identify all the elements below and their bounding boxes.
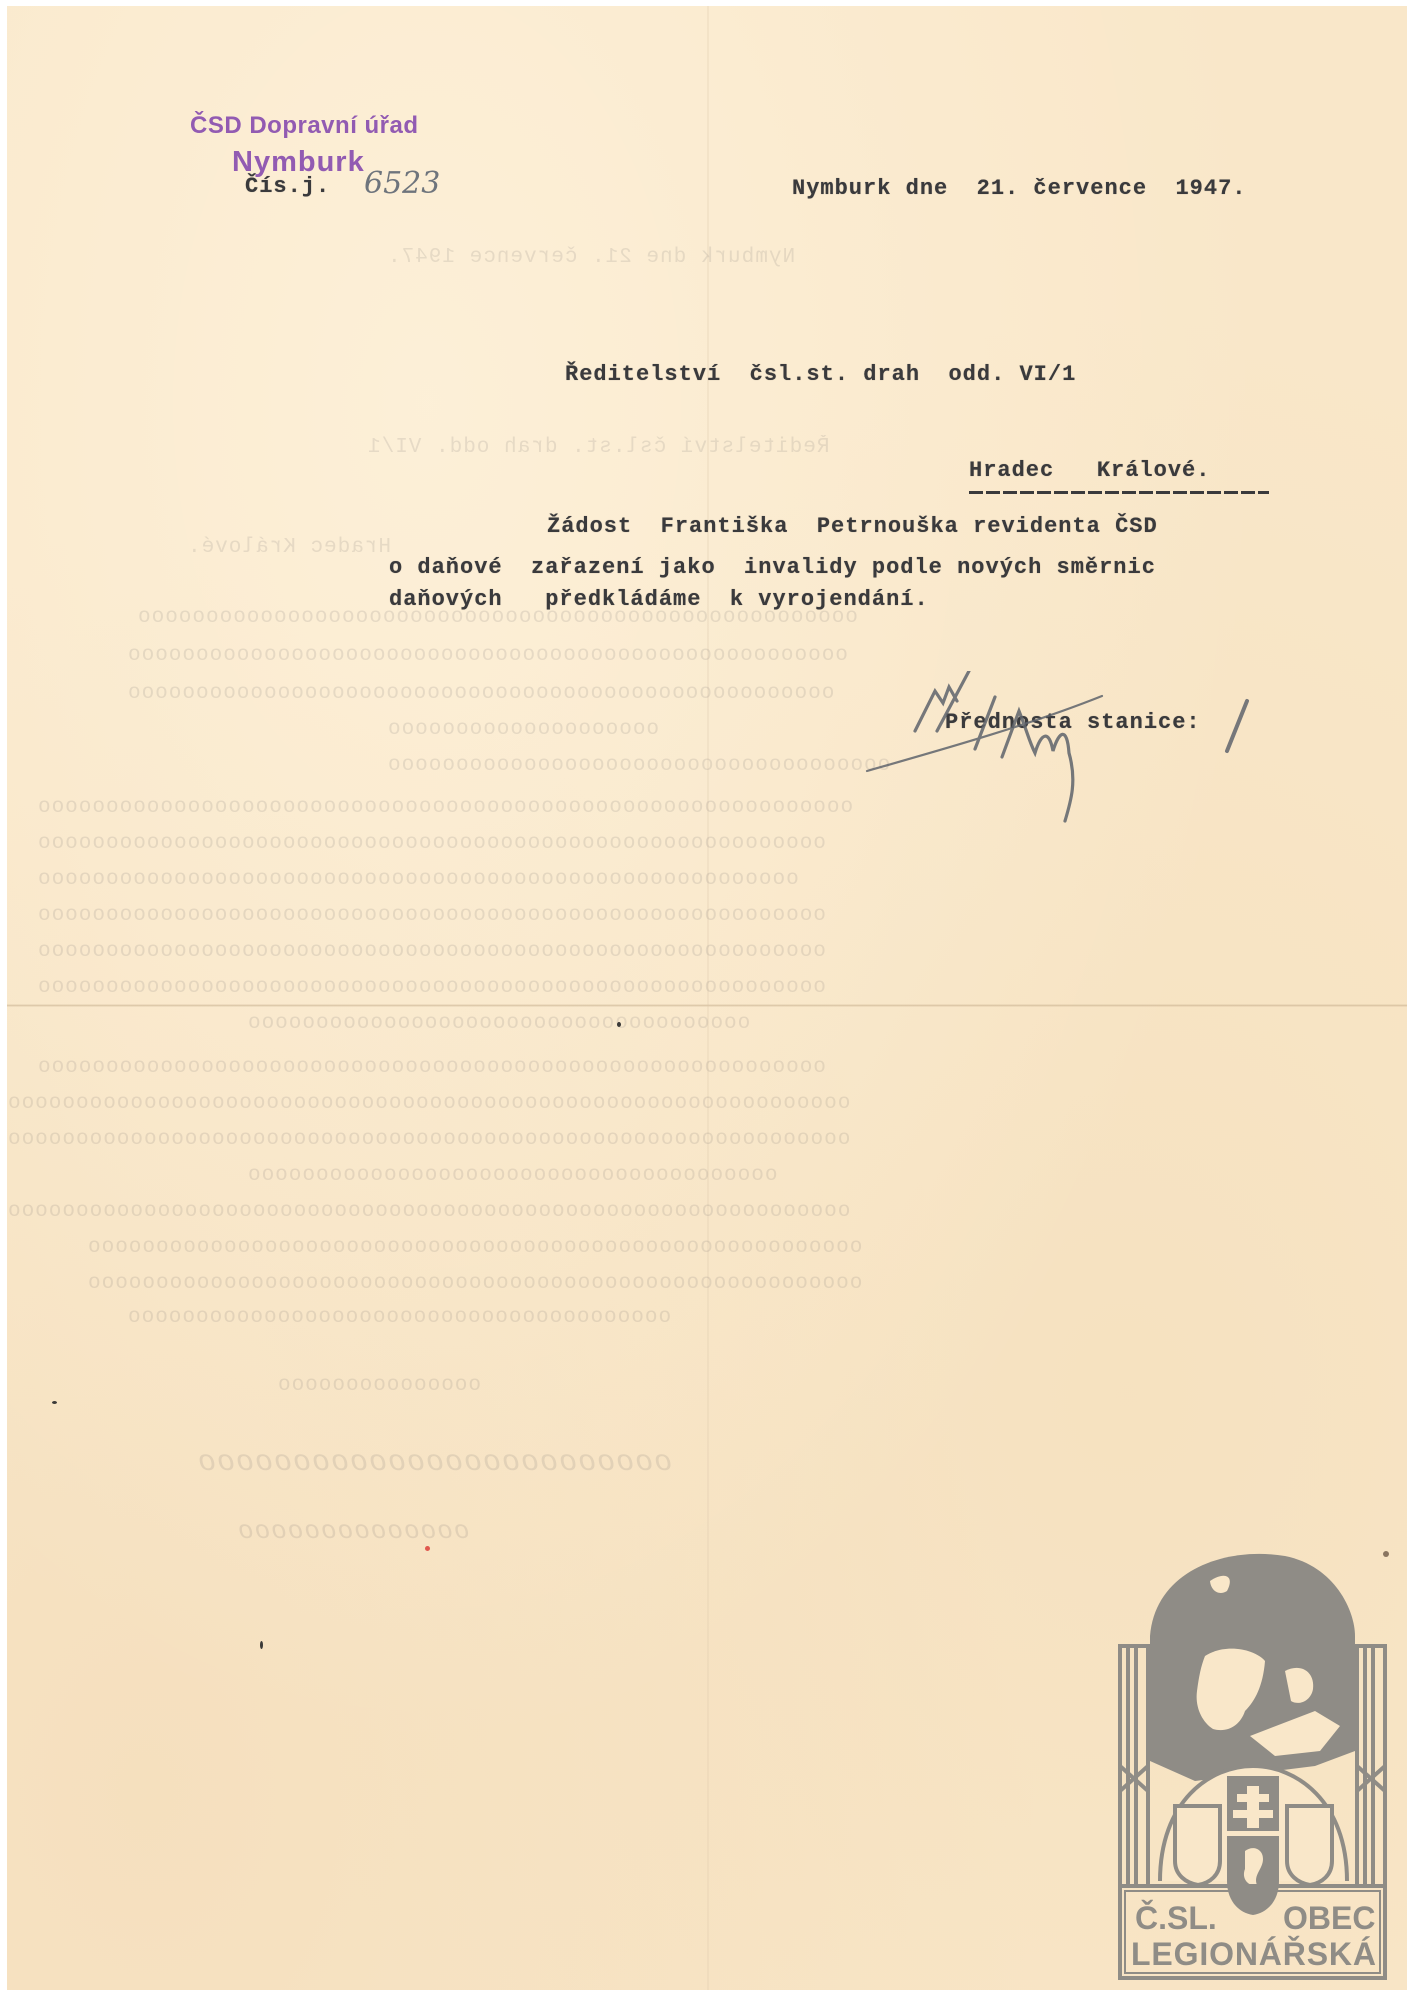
- dateline: Nymburk dne 21. července 1947.: [792, 176, 1246, 201]
- legion-association-logo: Č.SL. OBEC LEGIONÁŘSKÁ: [1115, 1551, 1390, 1981]
- addressee-line: Ředitelství čsl.st. drah odd. VI/1: [565, 362, 1076, 387]
- addressee-city: Hradec Králové.: [969, 458, 1210, 483]
- body-line-3: daňových předkládáme k vyrojendání.: [389, 587, 929, 612]
- ink-speck: [260, 1641, 263, 1649]
- body-line-2: o daňové zařazení jako invalidy podle no…: [389, 555, 1156, 580]
- logo-text-legionarska: LEGIONÁŘSKÁ: [1131, 1936, 1376, 1972]
- document-page: Nymburk dne 21. července 1947. Ředitelst…: [7, 6, 1407, 1990]
- reference-label: Čís.j.: [245, 174, 330, 199]
- red-speck: [425, 1546, 430, 1551]
- reference-number: 6523: [364, 166, 440, 201]
- stamp-office-name: ČSD Dopravní úřad: [190, 112, 419, 140]
- handwritten-signature: [857, 671, 1277, 831]
- logo-text-obec: OBEC: [1283, 1900, 1375, 1936]
- body-line-1: Žádost Františka Petrnouška revidenta ČS…: [547, 514, 1158, 539]
- ink-speck: [52, 1401, 57, 1404]
- ink-speck: [617, 1022, 621, 1027]
- logo-text-csl: Č.SL.: [1135, 1900, 1217, 1936]
- city-underline: [969, 491, 1269, 494]
